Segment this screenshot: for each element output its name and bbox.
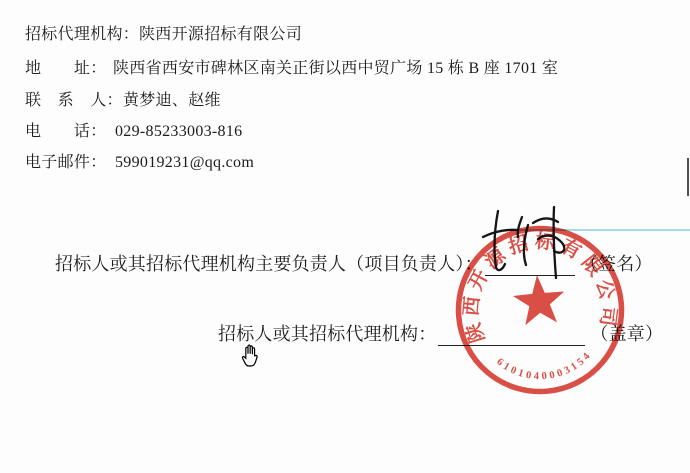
info-row: 电 话：029-85233003-816	[25, 118, 242, 141]
info-value: 陕西省西安市碑林区南关正街以西中贸广场 15 栋 B 座 1701 室	[113, 60, 558, 77]
info-label: 联 系 人：	[25, 87, 123, 110]
info-row: 招标代理机构：陕西开源招标有限公司	[25, 21, 302, 44]
page-edge-mark	[687, 158, 689, 196]
info-row: 地 址：陕西省西安市碑林区南关正街以西中贸广场 15 栋 B 座 1701 室	[25, 55, 558, 78]
info-value: 599019231@qq.com	[115, 154, 254, 171]
signature-ink	[470, 195, 600, 290]
responsible-label: 招标人或其招标代理机构主要负责人（项目负责人）：	[55, 250, 483, 276]
hand-cursor-icon	[241, 344, 262, 367]
info-value: 黄梦迪、赵维	[123, 92, 221, 109]
info-label: 招标代理机构：	[25, 21, 139, 44]
agency-label: 招标人或其招标代理机构：	[218, 320, 436, 346]
info-row: 联 系 人：黄梦迪、赵维	[25, 87, 221, 110]
info-label: 电 话：	[25, 118, 115, 141]
info-row: 电子邮件：599019231@qq.com	[25, 149, 254, 172]
info-label: 电子邮件：	[25, 149, 115, 172]
info-label: 地 址：	[25, 55, 113, 78]
info-value: 陕西开源招标有限公司	[139, 26, 302, 43]
info-value: 029-85233003-816	[115, 123, 242, 140]
